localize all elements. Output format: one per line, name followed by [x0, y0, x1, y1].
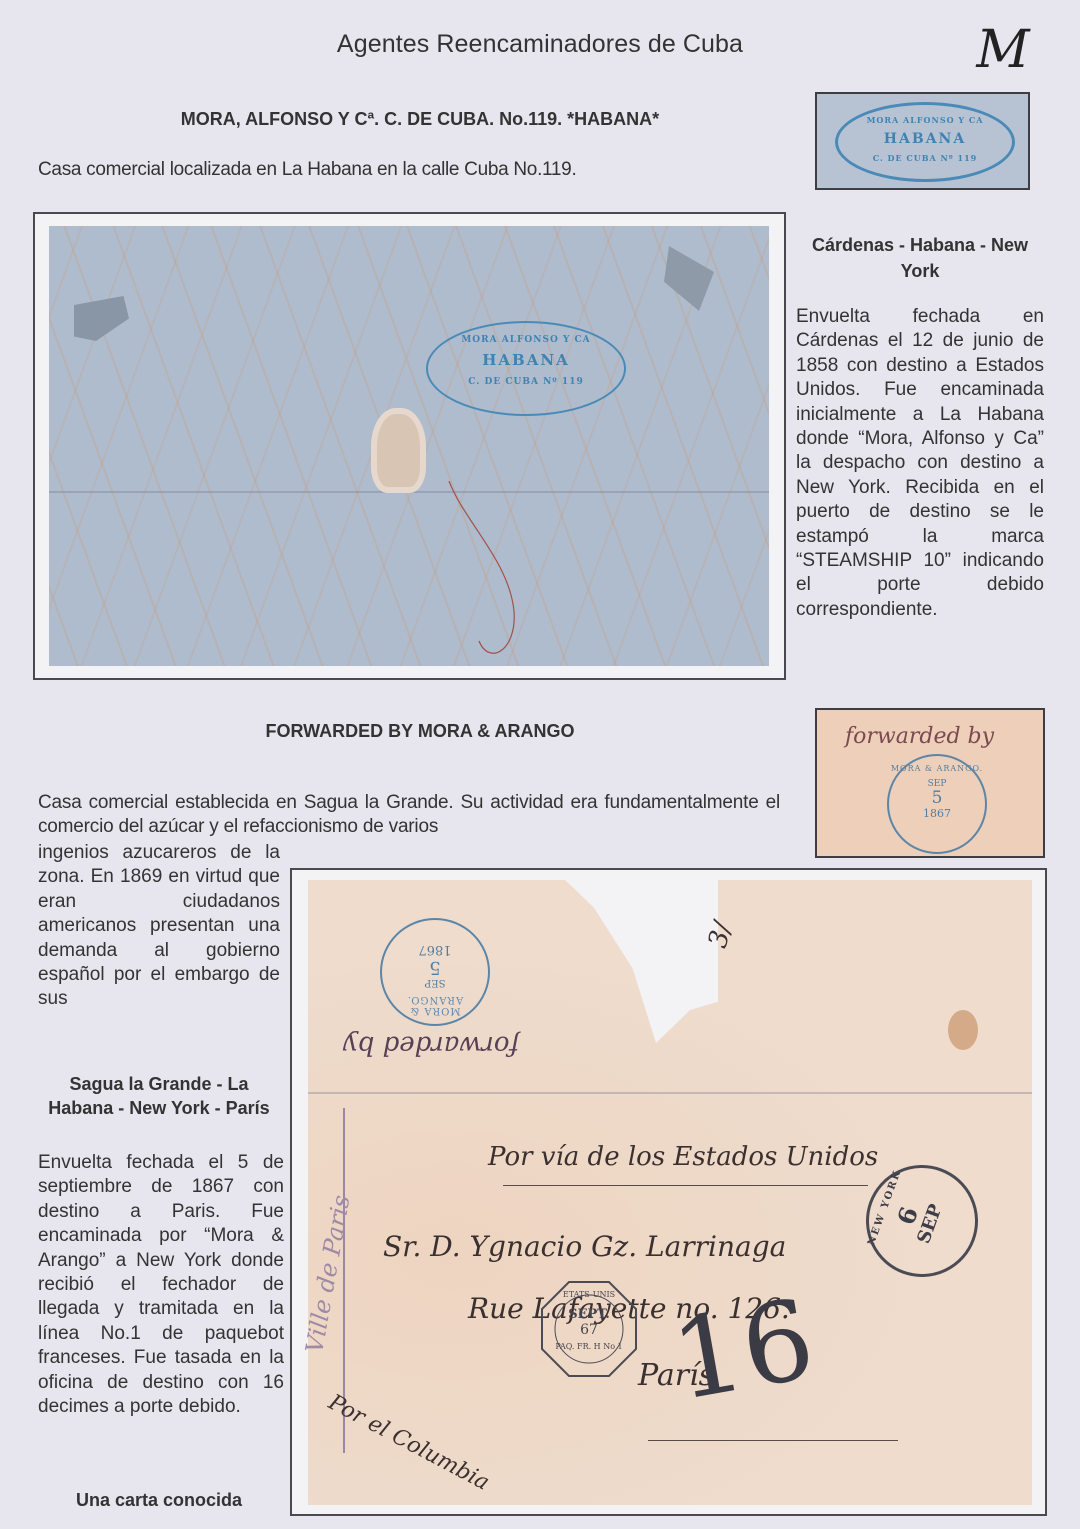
torn-flap	[563, 878, 718, 1043]
cover-stamp-day: 5	[382, 957, 488, 977]
page-title: Agentes Reencaminadores de Cuba	[0, 30, 1080, 59]
cover1-image: MORA ALFONSO Y CA HABANA C. DE CUBA Nº 1…	[49, 226, 769, 666]
ship-note: Por el Columbia	[324, 1390, 493, 1496]
section2-description: Envuelta fechada el 5 de septiembre de 1…	[38, 1151, 284, 1419]
section2-route-title: Sagua la Grande - La Habana - New York -…	[38, 1072, 280, 1120]
section1-intro: Casa comercial localizada en La Habana e…	[38, 158, 798, 182]
stamp-center-text: HABANA	[838, 131, 1012, 147]
french-paquebot-stamp: ETATS-UNIS SEPT. 67 PAQ. FR. H No 1	[540, 1290, 638, 1351]
tax-mark-16: 16	[665, 1284, 822, 1417]
section1-heading: MORA, ALFONSO Y Cª. C. DE CUBA. No.119. …	[40, 109, 800, 130]
seal-remnant-right	[664, 246, 714, 311]
section2-heading: FORWARDED BY MORA & ARANGO	[40, 721, 800, 742]
cover-stamp-top: MORA ALFONSO Y CA	[428, 335, 624, 345]
red-ink-stroke	[409, 481, 519, 671]
cover-stamp-ring: MORA & ARANGO.	[382, 994, 488, 1016]
side-note: Ville de Paris	[300, 1193, 355, 1355]
section2-stamp-detail: forwarded by MORA & ARANGO. SEP 5 1867	[815, 708, 1045, 858]
french-stamp-year: 67	[540, 1322, 638, 1338]
fold-line	[308, 1092, 1032, 1094]
stamp-bottom-text: C. DE CUBA Nº 119	[838, 153, 1012, 163]
underline-1	[503, 1185, 868, 1186]
cover1-frame: MORA ALFONSO Y CA HABANA C. DE CUBA Nº 1…	[33, 212, 786, 680]
mora-arango-circle-stamp: MORA & ARANGO. SEP 5 1867	[887, 754, 987, 854]
address-line-route: Por vía de los Estados Unidos	[488, 1142, 878, 1172]
habana-oval-stamp-cover: MORA ALFONSO Y CA HABANA C. DE CUBA Nº 1…	[426, 321, 626, 416]
stain	[948, 1010, 978, 1050]
section1-description: Envuelta fechada en Cárdenas el 12 de ju…	[796, 305, 1044, 622]
cover-stamp-bottom: C. DE CUBA Nº 119	[428, 377, 624, 387]
cover2-frame: MORA & ARANGO. SEP 5 1867 forwarded by 3…	[290, 868, 1047, 1516]
section2-intro: Casa comercial establecida en Sagua la G…	[38, 791, 780, 840]
cover-stamp-month: SEP	[382, 977, 488, 988]
french-stamp-top: ETATS-UNIS	[540, 1290, 638, 1299]
french-stamp-bottom: PAQ. FR. H No 1	[540, 1342, 638, 1351]
section2-intro-continued: ingenios azucareros de la zona. En 1869 …	[38, 841, 280, 1012]
stamp-year: 1867	[889, 807, 985, 820]
french-stamp-month: SEPT.	[540, 1307, 638, 1322]
forwarded-by-manuscript: forwarded by	[845, 724, 994, 749]
habana-oval-stamp: MORA ALFONSO Y CA HABANA C. DE CUBA Nº 1…	[835, 102, 1015, 182]
page-title-text: Agentes Reencaminadores de Cuba	[337, 30, 743, 59]
cover-stamp-year: 1867	[382, 942, 488, 957]
cover-forwarded-manuscript: forwarded by	[343, 1030, 519, 1060]
stamp-ring-text: MORA & ARANGO.	[889, 764, 985, 773]
section1-route-title: Cárdenas - Habana - New York	[795, 232, 1045, 284]
seal-remnant-left	[74, 296, 129, 341]
section2-footnote: Una carta conocida	[38, 1490, 280, 1511]
page-letter-mark: M	[963, 20, 1043, 80]
stamp-day: 5	[889, 789, 985, 807]
cover2-image: MORA & ARANGO. SEP 5 1867 forwarded by 3…	[308, 880, 1032, 1505]
mora-arango-cover-stamp: MORA & ARANGO. SEP 5 1867	[380, 918, 490, 1026]
cover-stamp-center: HABANA	[428, 351, 624, 369]
stamp-top-text: MORA ALFONSO Y CA	[838, 115, 1012, 125]
section1-stamp-detail: MORA ALFONSO Y CA HABANA C. DE CUBA Nº 1…	[815, 92, 1030, 190]
underline-2	[648, 1440, 898, 1441]
address-line-recipient: Sr. D. Ygnacio Gz. Larrinaga	[383, 1230, 786, 1263]
